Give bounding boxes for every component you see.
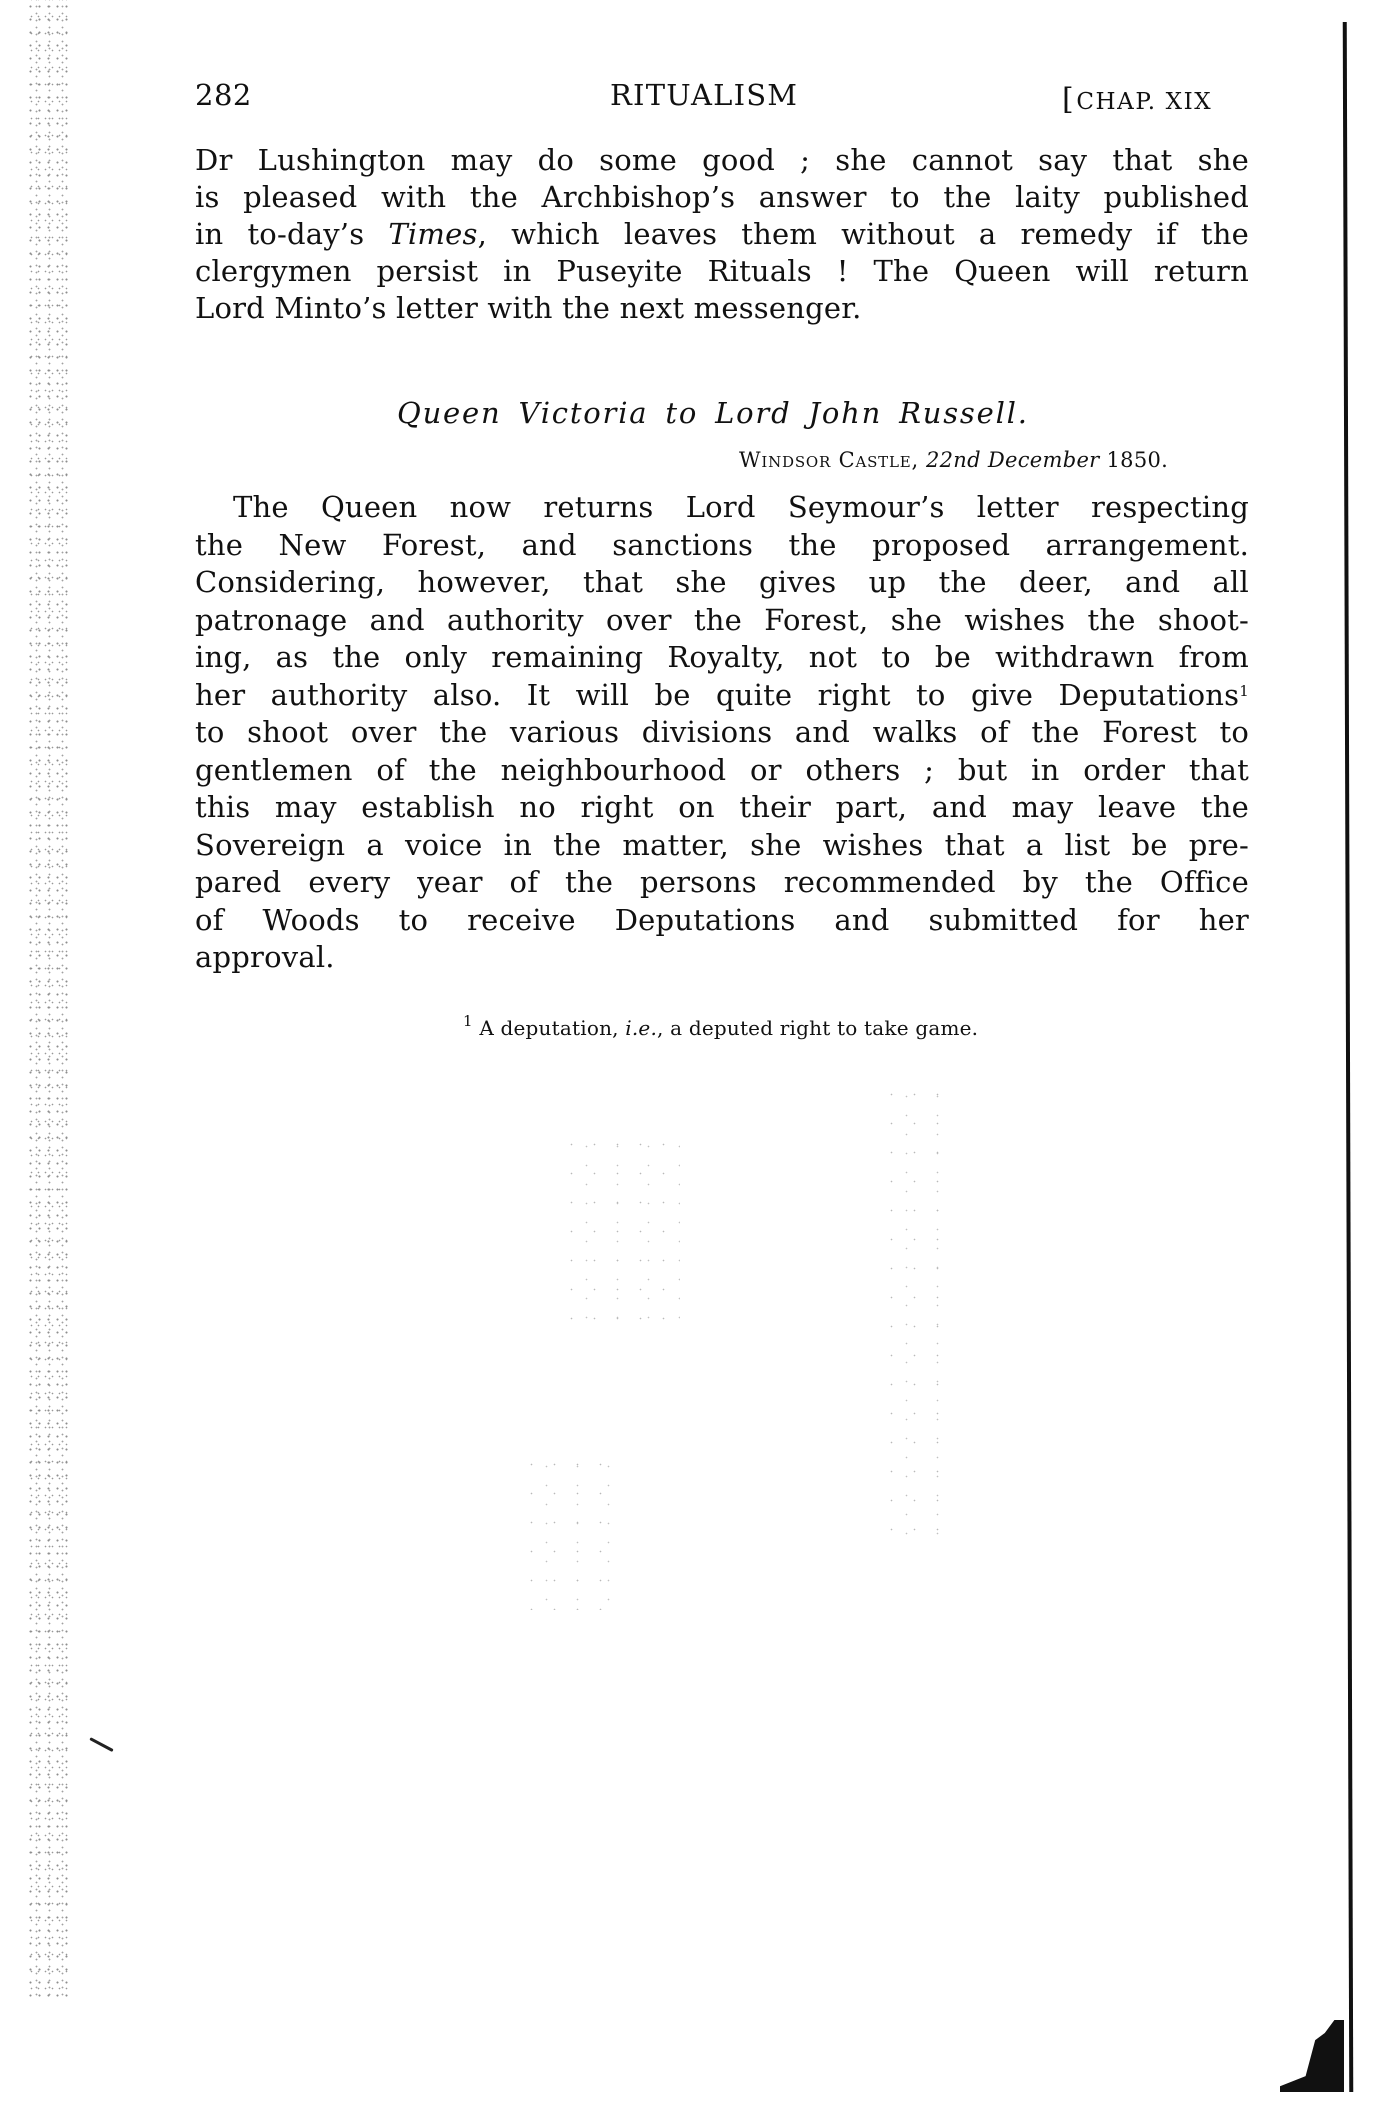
text-line: The Queen now returns Lord Seymour’s let… xyxy=(233,489,1249,525)
scan-speckle xyxy=(880,1080,940,1550)
footnote-ref[interactable]: 1 xyxy=(1239,682,1249,700)
text-line: the New Forest, and sanctions the propos… xyxy=(195,527,1249,563)
footnote: 1 A deputation, i.e., a deputed right to… xyxy=(463,1016,978,1040)
text-line: approval. xyxy=(195,939,1249,975)
chapter-bracket: [ xyxy=(1062,82,1075,117)
footnote-abbrev: i.e. xyxy=(625,1016,657,1040)
text-line: patronage and authority over the Forest,… xyxy=(195,602,1249,638)
footnote-text: A deputation, xyxy=(479,1016,625,1040)
text-line: of Woods to receive Deputations and subm… xyxy=(195,902,1249,938)
text-line: gentlemen of the neighbourhood or others… xyxy=(195,752,1249,788)
footnote-text: , a deputed right to take game. xyxy=(657,1016,978,1040)
page-number: 282 xyxy=(195,78,252,112)
letter-dateline: Windsor Castle, 22nd December 1850. xyxy=(739,448,1247,472)
text-span: , which leaves them without a remedy if … xyxy=(478,217,1249,251)
text-line: her authority also. It will be quite rig… xyxy=(195,677,1249,713)
text-line: Lord Minto’s letter with the next messen… xyxy=(195,290,1249,326)
text-line: ing, as the only remaining Royalty, not … xyxy=(195,639,1249,675)
text-line: pared every year of the persons recommen… xyxy=(195,864,1249,900)
newspaper-title: Times xyxy=(388,217,477,251)
text-line: Considering, however, that she gives up … xyxy=(195,564,1249,600)
dateline-year: 1850. xyxy=(1107,448,1169,472)
scan-speckle xyxy=(520,1450,620,1610)
text-line: clergymen persist in Puseyite Rituals ! … xyxy=(195,253,1249,289)
text-line: to shoot over the various divisions and … xyxy=(195,714,1249,750)
running-title: RITUALISM xyxy=(610,78,798,112)
chapter-reference: [CHAP. XIX xyxy=(1062,82,1212,117)
text-line: Sovereign a voice in the matter, she wis… xyxy=(195,827,1249,863)
scan-speckle xyxy=(560,1130,680,1330)
page-gutter-line xyxy=(1343,22,1354,2092)
page-gutter-foot xyxy=(1280,2020,1344,2092)
dateline-place: Windsor Castle, xyxy=(739,448,919,472)
text-line: in to-day’s Times, which leaves them wit… xyxy=(195,216,1249,252)
text-line: this may establish no right on their par… xyxy=(195,789,1249,825)
book-page: 282 RITUALISM [CHAP. XIX Dr Lushington m… xyxy=(0,0,1374,2103)
letter-heading: Queen Victoria to Lord John Russell. xyxy=(397,396,1029,430)
text-line: is pleased with the Archbishop’s answer … xyxy=(195,179,1249,215)
running-head: 282 RITUALISM [CHAP. XIX xyxy=(195,78,1253,118)
chapter-label: CHAP. XIX xyxy=(1076,89,1212,115)
scan-mark xyxy=(89,1737,113,1752)
dateline-day: 22nd December xyxy=(926,448,1100,472)
text-line: Dr Lushington may do some good ; she can… xyxy=(195,142,1249,178)
text-span: her authority also. It will be quite rig… xyxy=(195,678,1239,712)
text-span: in to-day’s xyxy=(195,217,388,251)
footnote-marker: 1 xyxy=(463,1012,473,1030)
scan-edge-speckle xyxy=(26,0,68,2000)
